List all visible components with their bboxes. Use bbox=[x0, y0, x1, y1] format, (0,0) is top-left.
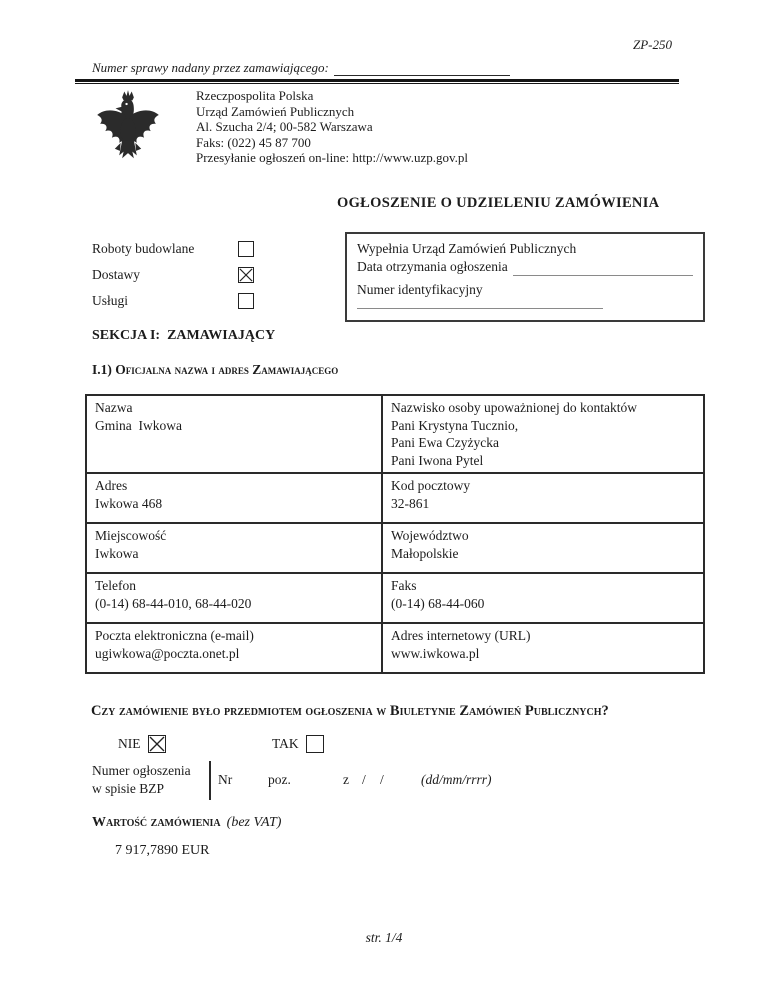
office-box-title: Wypełnia Urząd Zamówień Publicznych bbox=[357, 240, 693, 258]
order-type-row-roboty-budowlane: Roboty budowlane bbox=[92, 236, 254, 262]
bzp-poz-label: poz. bbox=[268, 772, 291, 788]
cell-value: Iwkowa 468 bbox=[95, 495, 373, 513]
order-type-group: Roboty budowlane Dostawy Usługi bbox=[92, 236, 254, 314]
bzp-date-slash: / bbox=[380, 772, 384, 788]
agency-street-line: Al. Szucha 2/4; 00-582 Warszawa bbox=[196, 119, 468, 135]
case-number-blank-field[interactable] bbox=[334, 62, 510, 76]
agency-online-line: Przesyłanie ogłoszeń on-line: http://www… bbox=[196, 150, 468, 166]
answer-yes-label: TAK bbox=[272, 736, 299, 752]
cell-kod-pocztowy: Kod pocztowy 32-861 bbox=[382, 473, 704, 523]
table-row: Poczta elektroniczna (e-mail) ugiwkowa@p… bbox=[86, 623, 704, 673]
cell-label: Poczta elektroniczna (e-mail) bbox=[95, 627, 373, 645]
dostawy-checkbox[interactable] bbox=[238, 267, 254, 283]
table-row: Telefon (0-14) 68-44-010, 68-44-020 Faks… bbox=[86, 573, 704, 623]
order-type-row-dostawy: Dostawy bbox=[92, 262, 254, 288]
cell-adres: Adres Iwkowa 468 bbox=[86, 473, 382, 523]
page-number: str. 1/4 bbox=[0, 930, 768, 946]
bzp-number-label-line2: w spisie BZP bbox=[92, 780, 191, 798]
bzp-question: Czy zamówienie było przedmiotem ogłoszen… bbox=[91, 703, 609, 720]
order-value-label: Wartość zamówienia bbox=[92, 815, 221, 830]
header-rule bbox=[75, 79, 679, 84]
order-type-row-uslugi: Usługi bbox=[92, 288, 254, 314]
bzp-z-label: z bbox=[343, 772, 349, 788]
cell-label: Nazwisko osoby upoważnionej do kontaktów bbox=[391, 399, 695, 417]
case-number-line: Numer sprawy nadany przez zamawiającego: bbox=[92, 60, 510, 76]
cell-value: ugiwkowa@poczta.onet.pl bbox=[95, 645, 373, 663]
cell-telefon: Telefon (0-14) 68-44-010, 68-44-020 bbox=[86, 573, 382, 623]
cell-value: www.iwkowa.pl bbox=[391, 645, 695, 663]
cell-url: Adres internetowy (URL) www.iwkowa.pl bbox=[382, 623, 704, 673]
contracting-authority-table: Nazwa Gmina Iwkowa Nazwisko osoby upoważ… bbox=[85, 394, 705, 674]
order-value-vat-note: (bez VAT) bbox=[227, 815, 282, 830]
agency-fax-line: Faks: (022) 45 87 700 bbox=[196, 135, 468, 151]
cell-label: Telefon bbox=[95, 577, 373, 595]
document-title: OGŁOSZENIE O UDZIELENIU ZAMÓWIENIA bbox=[337, 195, 659, 212]
cell-value: 32-861 bbox=[391, 495, 695, 513]
bzp-number-label: Numer ogłoszenia w spisie BZP bbox=[92, 762, 191, 797]
cell-label: Nazwa bbox=[95, 399, 373, 417]
table-row: Miejscowość Iwkowa Województwo Małopolsk… bbox=[86, 523, 704, 573]
order-value-amount: 7 917,7890 EUR bbox=[115, 843, 210, 859]
cell-label: Faks bbox=[391, 577, 695, 595]
cell-nazwa: Nazwa Gmina Iwkowa bbox=[86, 395, 382, 473]
divider-line bbox=[209, 761, 211, 800]
coat-of-arms bbox=[95, 89, 161, 163]
answer-no-label: NIE bbox=[118, 736, 141, 752]
id-number-label: Numer identyfikacyjny bbox=[357, 281, 693, 299]
answer-no-group: NIE bbox=[118, 735, 166, 753]
order-type-label: Dostawy bbox=[92, 267, 140, 283]
case-number-label: Numer sprawy nadany przez zamawiającego: bbox=[92, 60, 329, 75]
table-row: Nazwa Gmina Iwkowa Nazwisko osoby upoważ… bbox=[86, 395, 704, 473]
section-1-heading: SEKCJA I: ZAMAWIAJĄCY bbox=[92, 328, 275, 344]
cell-value: Gmina Iwkowa bbox=[95, 417, 373, 435]
cell-kontakt: Nazwisko osoby upoważnionej do kontaktów… bbox=[382, 395, 704, 473]
cell-value: Małopolskie bbox=[391, 545, 695, 563]
nie-checkbox[interactable] bbox=[148, 735, 166, 753]
cell-faks: Faks (0-14) 68-44-060 bbox=[382, 573, 704, 623]
cell-value: (0-14) 68-44-060 bbox=[391, 595, 695, 613]
polish-eagle-icon bbox=[95, 89, 161, 163]
order-type-label: Roboty budowlane bbox=[92, 241, 194, 257]
uzp-office-box: Wypełnia Urząd Zamówień Publicznych Data… bbox=[345, 232, 705, 322]
agency-address-block: Rzeczpospolita Polska Urząd Zamówień Pub… bbox=[196, 88, 468, 166]
cell-label: Województwo bbox=[391, 527, 695, 545]
cell-wojewodztwo: Województwo Małopolskie bbox=[382, 523, 704, 573]
table-row: Adres Iwkowa 468 Kod pocztowy 32-861 bbox=[86, 473, 704, 523]
tak-checkbox[interactable] bbox=[306, 735, 324, 753]
cell-label: Kod pocztowy bbox=[391, 477, 695, 495]
document-page: ZP-250 Numer sprawy nadany przez zamawia… bbox=[0, 0, 768, 994]
bzp-date-format-hint: (dd/mm/rrrr) bbox=[421, 772, 492, 788]
date-received-row: Data otrzymania ogłoszenia bbox=[357, 258, 693, 276]
form-code: ZP-250 bbox=[633, 37, 672, 53]
agency-name-line: Urząd Zamówień Publicznych bbox=[196, 104, 468, 120]
bzp-number-label-line1: Numer ogłoszenia bbox=[92, 762, 191, 780]
bzp-nr-label: Nr bbox=[218, 772, 232, 788]
agency-country-line: Rzeczpospolita Polska bbox=[196, 88, 468, 104]
answer-yes-group: TAK bbox=[272, 735, 324, 753]
order-value-heading: Wartość zamówienia(bez VAT) bbox=[92, 815, 281, 831]
cell-miejscowosc: Miejscowość Iwkowa bbox=[86, 523, 382, 573]
cell-value: Iwkowa bbox=[95, 545, 373, 563]
date-received-field[interactable] bbox=[513, 261, 693, 276]
roboty-budowlane-checkbox[interactable] bbox=[238, 241, 254, 257]
cell-value: Pani Krystyna Tucznio, Pani Ewa Czyżycka… bbox=[391, 417, 695, 470]
cell-label: Adres internetowy (URL) bbox=[391, 627, 695, 645]
id-number-field[interactable] bbox=[357, 299, 603, 309]
cell-value: (0-14) 68-44-010, 68-44-020 bbox=[95, 595, 373, 613]
checkbox-x-mark-icon bbox=[239, 268, 253, 282]
cell-label: Miejscowość bbox=[95, 527, 373, 545]
bzp-date-slash: / bbox=[362, 772, 366, 788]
checkbox-x-mark-icon bbox=[149, 736, 165, 752]
uslugi-checkbox[interactable] bbox=[238, 293, 254, 309]
date-received-label: Data otrzymania ogłoszenia bbox=[357, 258, 508, 276]
order-type-label: Usługi bbox=[92, 293, 128, 309]
section-1-1-heading: I.1) Oficjalna nazwa i adres Zamawiające… bbox=[92, 362, 338, 378]
cell-label: Adres bbox=[95, 477, 373, 495]
cell-email: Poczta elektroniczna (e-mail) ugiwkowa@p… bbox=[86, 623, 382, 673]
